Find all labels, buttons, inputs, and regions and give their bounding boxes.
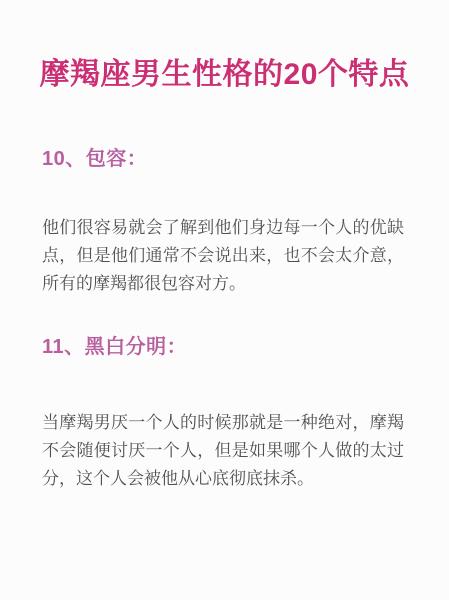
section-body: 他们很容易就会了解到他们身边每一个人的优缺点，但是他们通常不会说出来，也不会太介… — [42, 214, 404, 298]
page-title: 摩羯座男生性格的20个特点 — [0, 57, 449, 93]
article-page: 摩羯座男生性格的20个特点 10、包容： 他们很容易就会了解到他们身边每一个人的… — [0, 0, 449, 600]
section-body: 当摩羯男厌一个人的时候那就是一种绝对，摩羯不会随便讨厌一个人，但是如果哪个人做的… — [42, 409, 404, 493]
section-heading: 11、黑白分明： — [42, 335, 187, 359]
section-heading: 10、包容： — [42, 147, 147, 171]
